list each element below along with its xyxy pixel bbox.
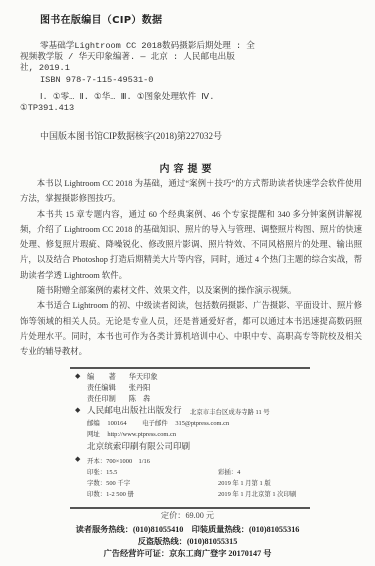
divider-top xyxy=(70,367,310,369)
ad-license: 广告经营许可证：京东工商广登字 20170147 号 xyxy=(0,548,375,559)
publisher: 人民邮电出版社出版发行 xyxy=(87,404,182,416)
summary-text: 本书以 Lightroom CC 2018 为基础，通过“案例＋技巧”的方式帮助… xyxy=(20,176,362,360)
color-plates: 彩插：4 xyxy=(218,467,240,476)
printing-supervisor-value: 陈 犇 xyxy=(129,395,151,403)
summary-paragraph: 本书适合 Lightroom 的初、中级读者阅读，包括数码摄影、广告摄影、平面设… xyxy=(20,298,362,359)
website-label: 网址 xyxy=(87,431,100,438)
isbn: ISBN 978-7-115-49531-0 xyxy=(20,75,260,86)
cip-classification: Ⅰ. ①零… Ⅱ. ①华… Ⅲ. ①图象处理软件 Ⅳ. ①TP391.413 xyxy=(20,92,280,114)
word-count: 字数：500 千字 xyxy=(87,478,130,487)
email-value: 315@ptpress.com.cn xyxy=(175,420,229,427)
divider-bottom xyxy=(70,507,310,509)
copyright-page: 图书在版编目（CIP）数据 零基础学Lightroom CC 2018数码摄影后… xyxy=(0,0,375,566)
website-value: http://www.ptpress.com.cn xyxy=(107,431,176,438)
classification-line: ①TP391.413 xyxy=(20,103,280,114)
author-row: 编 著 华天印象 xyxy=(87,372,158,382)
print-run: 印数：1-2 500 册 xyxy=(87,489,134,498)
book-format: 开本：700×1000 1/16 xyxy=(87,456,150,465)
summary-heading: 内容提要 xyxy=(0,160,375,175)
postcode-label: 邮编 xyxy=(87,420,100,427)
cip-entry: 零基础学Lightroom CC 2018数码摄影后期处理 : 全 视频教学版 … xyxy=(20,41,260,86)
reader-service-hotline: 读者服务热线：(010)81055410 印装质量热线：(010)8105531… xyxy=(0,524,375,535)
editor-row: 责任编辑 张丹阳 xyxy=(87,383,150,393)
website-row: 网址 http://www.ptpress.com.cn xyxy=(87,429,176,438)
publisher-address: 北京市丰台区成寿寺路 11 号 xyxy=(190,407,270,416)
anti-piracy-hotline: 反盗版热线：(010)81055315 xyxy=(0,536,375,547)
cip-heading: 图书在版编目（CIP）数据 xyxy=(40,11,162,26)
cip-line: 社, 2019.1 xyxy=(20,63,260,74)
postcode-row: 邮编 100164 电子邮件 315@ptpress.com.cn xyxy=(87,418,229,427)
printing: 2019 年 1 月北京第 1 次印刷 xyxy=(218,489,296,498)
diamond-bullet-icon: ◆ xyxy=(75,406,80,414)
printing-supervisor-row: 责任印制 陈 犇 xyxy=(87,394,150,404)
cip-record-number: 中国版本图书馆CIP数据核字(2018)第227032号 xyxy=(40,129,222,142)
sheets: 印张：15.5 xyxy=(87,467,117,476)
price: 定价：69.00 元 xyxy=(0,510,375,521)
printing-supervisor-label: 责任印制 xyxy=(87,394,127,404)
edition: 2019 年 1 月第 1 版 xyxy=(218,478,271,487)
summary-paragraph: 本书共 15 章专题内容，通过 60 个经典案例、46 个专家提醒和 340 多… xyxy=(20,207,362,283)
postcode-value: 100164 xyxy=(107,420,126,427)
diamond-bullet-icon: ◆ xyxy=(75,372,80,380)
summary-paragraph: 随书附赠全部案例的素材文件、效果文件，以及案例的操作演示视频。 xyxy=(20,283,362,298)
editor-label: 责任编辑 xyxy=(87,383,127,393)
author-value: 华天印象 xyxy=(129,373,158,381)
cip-line: 视频教学版 / 华天印象编著. — 北京 : 人民邮电出版 xyxy=(20,52,260,63)
email-label: 电子邮件 xyxy=(142,420,168,427)
printer: 北京缤索印刷有限公司印刷 xyxy=(87,440,190,452)
diamond-bullet-icon: ◆ xyxy=(75,455,80,463)
author-label: 编 著 xyxy=(87,372,127,382)
cip-line: 零基础学Lightroom CC 2018数码摄影后期处理 : 全 xyxy=(20,41,260,52)
classification-line: Ⅰ. ①零… Ⅱ. ①华… Ⅲ. ①图象处理软件 Ⅳ. xyxy=(20,92,280,103)
editor-value: 张丹阳 xyxy=(129,384,151,392)
summary-paragraph: 本书以 Lightroom CC 2018 为基础，通过“案例＋技巧”的方式帮助… xyxy=(20,176,362,207)
